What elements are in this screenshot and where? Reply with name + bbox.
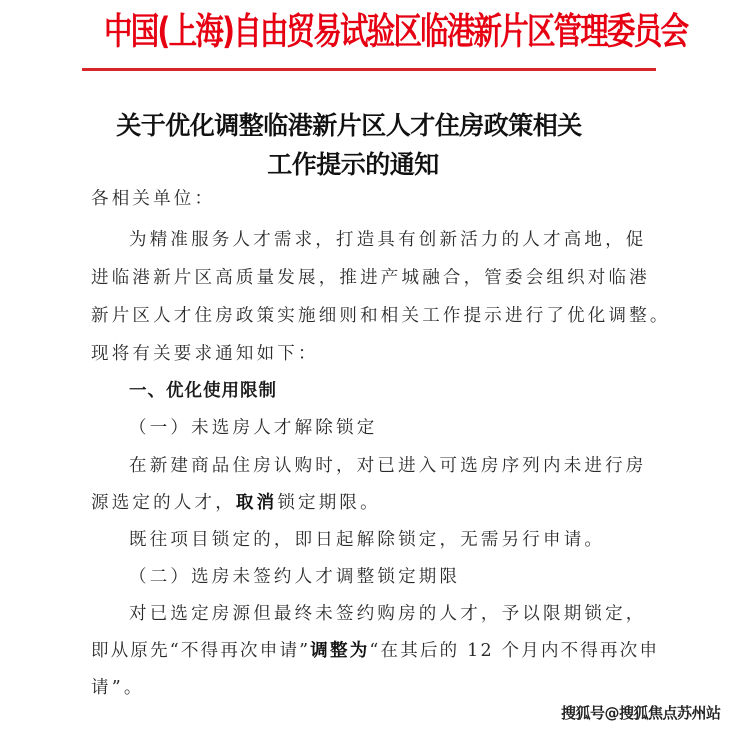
sub2-para1-line-2-end: “在其后的 12 个月内不得再次申 <box>369 641 659 661</box>
intro-line-3: 新片区人才住房政策实施细则和相关工作提示进行了优化调整。 <box>91 302 671 327</box>
salutation: 各相关单位： <box>91 185 215 210</box>
subsection-1-heading: （一）未选房人才解除锁定 <box>129 414 377 439</box>
issuer-masthead: 中国(上海)自由贸易试验区临港新片区管理委员会 <box>104 1 664 62</box>
intro-line-2: 进临港新片区高质量发展，推进产城融合，管委会组织对临港 <box>91 264 650 289</box>
sub1-para1-line-2: 源选定的人才，取消锁定期限。 <box>91 489 381 514</box>
notice-title-line-1: 关于优化调整临港新片区人才住房政策相关 <box>62 106 636 142</box>
sub2-para1-line-1: 对已选定房源但最终未签约购房的人才，予以限期锁定， <box>129 600 647 625</box>
sub1-para1-line-1: 在新建商品住房认购时，对已进入可选房序列内未进行房 <box>129 452 647 477</box>
notice-title-line-2: 工作提示的通知 <box>66 145 640 181</box>
red-header-rule <box>82 68 656 71</box>
sub1-para2: 既往项目锁定的，即日起解除锁定，无需另行申请。 <box>129 526 605 551</box>
sub2-para1-line-2: 即从原先“不得再次申请”调整为“在其后的 12 个月内不得再次申 <box>91 637 659 662</box>
document-page: 中国(上海)自由贸易试验区临港新片区管理委员会 关于优化调整临港新片区人才住房政… <box>0 0 740 729</box>
sub1-para1-line-2-start: 源选定的人才， <box>91 493 236 513</box>
emphasis-adjust-to: 调整为 <box>310 641 369 661</box>
source-watermark: 搜狐号@搜狐焦点苏州站 <box>561 702 721 723</box>
intro-line-1: 为精准服务人才需求，打造具有创新活力的人才高地，促 <box>129 226 647 251</box>
sub2-para1-line-3: 请”。 <box>91 674 145 699</box>
subsection-2-heading: （二）选房未签约人才调整锁定期限 <box>129 563 460 588</box>
emphasis-cancel: 取消 <box>236 493 277 513</box>
sub2-para1-line-2-start: 即从原先“不得再次申请” <box>91 641 310 661</box>
sub1-para1-line-2-end: 锁定期限。 <box>277 493 381 513</box>
intro-line-4: 现将有关要求通知如下： <box>91 340 319 365</box>
section-1-heading: 一、优化使用限制 <box>129 377 277 402</box>
